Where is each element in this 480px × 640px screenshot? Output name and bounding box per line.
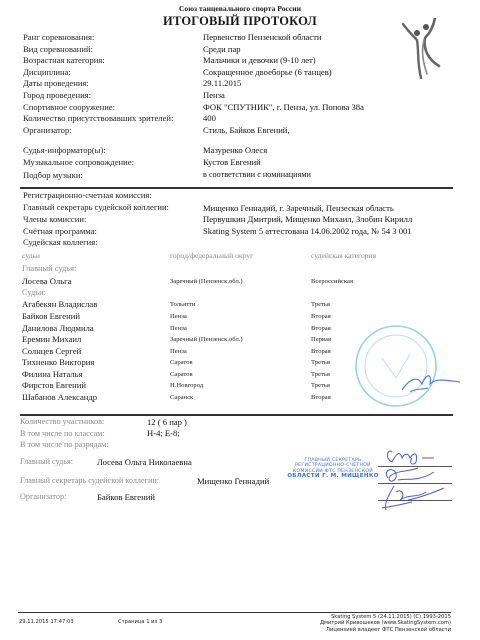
chief-secretary-signature-label: Главный секретарь судейской коллегии:: [20, 476, 159, 485]
column-header-category: судейская категория: [311, 251, 376, 260]
info-label: Организатор:: [23, 125, 72, 135]
section-divider: [20, 187, 453, 189]
info-value: 400: [203, 113, 216, 123]
info-label: Вид соревнований:: [23, 44, 93, 54]
stamp-line: ОБЛАСТИ Г. М. МИЩЕНКО: [287, 474, 379, 479]
footer-software-line: Лицензией владеет ФТС Пензенской области: [250, 627, 451, 633]
judge-category: Третья: [311, 382, 330, 389]
info-label: Количество присутствовавших зрителей:: [23, 113, 173, 123]
ranks-label: В том числе по разрядам:: [20, 440, 109, 449]
info-value: Среди пар: [203, 44, 241, 54]
staff-label: Подбор музыки:: [23, 170, 83, 180]
official-seal-icon: [352, 318, 472, 416]
staff-value: Кустов Евгений: [203, 157, 261, 167]
info-value: Мальчики и девочки (9-10 лет): [203, 55, 316, 65]
footer-divider: [18, 612, 451, 613]
staff-value: Мазуренко Олеся: [203, 145, 267, 155]
staff-value: в соответствии с номинациями: [203, 170, 311, 179]
judge-city: Саранск: [170, 394, 193, 401]
judge-category: Третья: [311, 301, 330, 308]
judge-name: Еремин Михаил: [22, 334, 81, 344]
organizer-signature-name: Байков Евгений: [97, 492, 155, 502]
judge-city: Н.Новгород: [170, 382, 203, 389]
chief-judge-label: Главный судья:: [22, 264, 76, 273]
table-row-chief-name: Лосева Ольга: [22, 276, 72, 286]
commission-label: Счётная программа:: [23, 226, 97, 236]
judge-city: Тольятти: [170, 301, 195, 308]
judge-category: Вторая: [311, 313, 331, 320]
judge-name: Шабанов Александр: [22, 392, 97, 402]
classes-value: Н-4; Е-8;: [147, 428, 180, 438]
info-label: Даты проведения:: [23, 78, 89, 88]
judge-category: Третья: [311, 359, 330, 366]
info-label: Город проведения:: [23, 90, 91, 100]
commission-label: Члены комиссии:: [23, 214, 86, 224]
handwritten-signatures-icon: [378, 444, 458, 516]
info-value: Стиль, Байков Евгений,: [203, 125, 290, 135]
judge-city: Пенза: [170, 313, 187, 320]
chief-secretary-signature-name: Мищенко Геннадий: [197, 476, 269, 486]
commission-heading: Регистрационно-счетная комиссия:: [23, 190, 152, 200]
staff-label: Музыкальное сопровождение:: [23, 157, 134, 167]
judge-category: Вторая: [311, 325, 331, 332]
footer-software-info: Skating System 5 (24.11.2015) (C) 1993-2…: [250, 614, 451, 633]
table-row-chief-category: Всероссийская: [311, 278, 353, 285]
table-row-chief-city: Заречный (Пензенск.обл.): [170, 278, 243, 285]
commission-label: Главный секретарь судейской коллегии:: [23, 202, 169, 212]
footer-timestamp: 29.11.2015 17:47:03: [19, 619, 74, 625]
judge-name: Фирстов Евгений: [22, 380, 86, 390]
organization-name: Союз танцевального спорта России: [0, 4, 480, 13]
info-value: Первенство Пензенской области: [203, 32, 322, 42]
participants-value: 12 ( 6 пар ): [147, 417, 187, 427]
judge-city: Саратов: [170, 359, 193, 366]
info-label: Ранг соревнования:: [23, 32, 94, 42]
classes-label: В том числе по классам:: [20, 429, 105, 438]
info-label: Возрастная категория:: [23, 55, 105, 65]
judge-name: Солнцев Сергей: [22, 346, 81, 356]
judge-name: Агабекян Владислав: [22, 299, 97, 309]
judge-category: Третья: [311, 371, 330, 378]
judge-name: Данилова Людмила: [22, 323, 94, 333]
info-value: Пенза: [203, 90, 225, 100]
staff-label: Судья-информатор(ы):: [23, 145, 106, 155]
secretary-stamp: ГЛАВНЫЙ СЕКРЕТАРЬ РЕГИСТРАЦИОННО-СЧЕТНОЙ…: [287, 458, 379, 480]
judge-city: Заречный (Пензенск.обл.): [170, 336, 243, 343]
info-label: Спортивное сооружение:: [23, 102, 115, 112]
info-value: Сокращенное двоеборье (6 танцев): [203, 67, 332, 77]
judge-name: Филина Наталья: [22, 369, 83, 379]
judge-city: Саратов: [170, 371, 193, 378]
chief-judge-signature-label: Главный судья:: [20, 457, 73, 466]
judge-category: Вторая: [311, 394, 331, 401]
column-header-judges: судьи: [22, 251, 40, 260]
judging-panel-heading: Судейская коллегия:: [23, 237, 98, 247]
judge-category: Первая: [311, 336, 331, 343]
judge-city: Пенза: [170, 325, 187, 332]
dancers-logo-icon: [395, 18, 455, 84]
info-label: Дисциплина:: [23, 67, 71, 77]
commission-value: Skating System 5 аттестована 14.06.2002 …: [203, 226, 412, 236]
chief-judge-signature-name: Лосева Ольга Николаевна: [97, 457, 192, 467]
judge-name: Байков Евгений: [22, 311, 80, 321]
commission-value: Мищенко Геннадий, г. Заречный, Пензеская…: [203, 203, 394, 213]
judge-city: Пенза: [170, 348, 187, 355]
info-value: ФОК "СПУТНИК", г. Пенза, ул. Попова 38а: [203, 102, 364, 112]
judges-label: Судьи:: [22, 288, 46, 297]
judge-name: Тихненко Виктория: [22, 357, 94, 367]
section-divider: [20, 414, 453, 416]
info-value: 29.11.2015: [203, 78, 241, 88]
participants-label: Количество участников:: [20, 417, 104, 426]
footer-page-number: Страница 1 из 3: [118, 619, 162, 625]
judge-category: Вторая: [311, 348, 331, 355]
column-header-city: город/федеральный округ: [170, 251, 253, 260]
commission-value: Первушкин Дмитрий, Мищенко Михаил, Злоби…: [203, 214, 412, 224]
organizer-signature-label: Организатор:: [20, 492, 66, 501]
